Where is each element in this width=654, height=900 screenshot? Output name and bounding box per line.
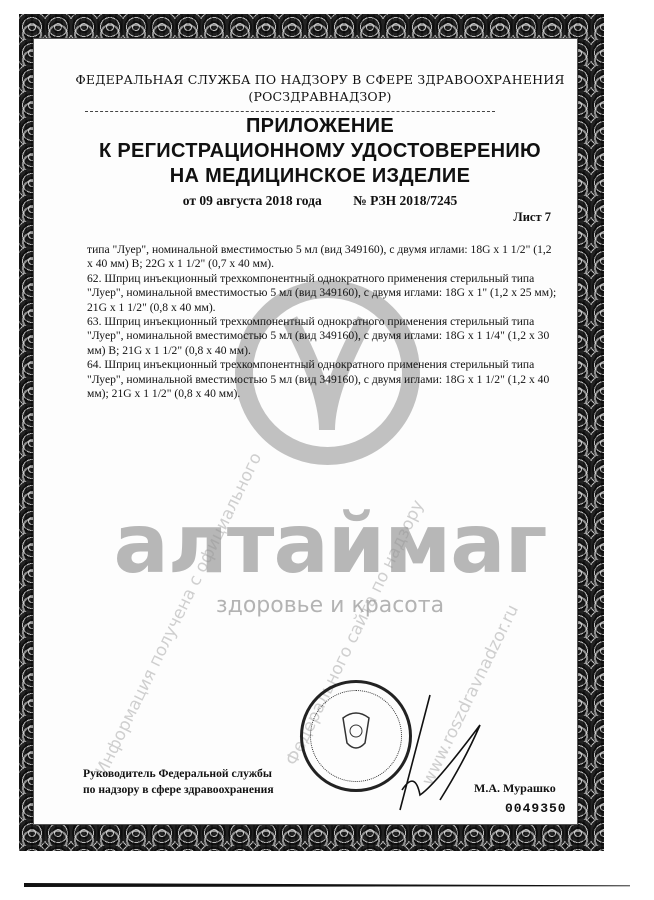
document-title: ПРИЛОЖЕНИЕ К РЕГИСТРАЦИОННОМУ УДОСТОВЕРЕ… <box>60 114 580 189</box>
agency-short-name: (РОСЗДРАВНАДЗОР) <box>60 88 580 105</box>
list-item: типа "Луер", номинальной вместимостью 5 … <box>87 243 557 272</box>
agency-header: ФЕДЕРАЛЬНАЯ СЛУЖБА ПО НАДЗОРУ В СФЕРЕ ЗД… <box>60 71 580 105</box>
scan-edge-line <box>24 883 630 887</box>
position-line-1: Руководитель Федеральной службы <box>83 766 274 782</box>
list-item: 63. Шприц инъекционный трехкомпонентный … <box>87 315 557 358</box>
header-divider <box>85 111 495 112</box>
signer-name: М.А. Мурашко <box>474 781 556 796</box>
items-list: типа "Луер", номинальной вместимостью 5 … <box>87 243 557 401</box>
registration-number: № РЗН 2018/7245 <box>353 193 457 208</box>
watermark-brand: алтаймаг <box>95 500 565 590</box>
position-line-2: по надзору в сфере здравоохранения <box>83 782 274 798</box>
title-line-3: НА МЕДИЦИНСКОЕ ИЗДЕЛИЕ <box>60 164 580 189</box>
list-item: 64. Шприц инъекционный трехкомпонентный … <box>87 358 557 401</box>
sheet-number: Лист 7 <box>513 210 551 225</box>
signature-icon <box>380 690 500 820</box>
agency-name: ФЕДЕРАЛЬНАЯ СЛУЖБА ПО НАДЗОРУ В СФЕРЕ ЗД… <box>60 71 580 88</box>
title-line-2: К РЕГИСТРАЦИОННОМУ УДОСТОВЕРЕНИЮ <box>60 139 580 164</box>
list-item: 62. Шприц инъекционный трехкомпонентный … <box>87 272 557 315</box>
signatory-position: Руководитель Федеральной службы по надзо… <box>83 766 274 798</box>
title-line-1: ПРИЛОЖЕНИЕ <box>60 114 580 139</box>
issue-date: от 09 августа 2018 года <box>183 193 322 208</box>
date-and-number: от 09 августа 2018 года № РЗН 2018/7245 <box>60 193 580 209</box>
watermark-tagline: здоровье и красота <box>95 593 565 618</box>
serial-number: 0049350 <box>505 801 567 816</box>
